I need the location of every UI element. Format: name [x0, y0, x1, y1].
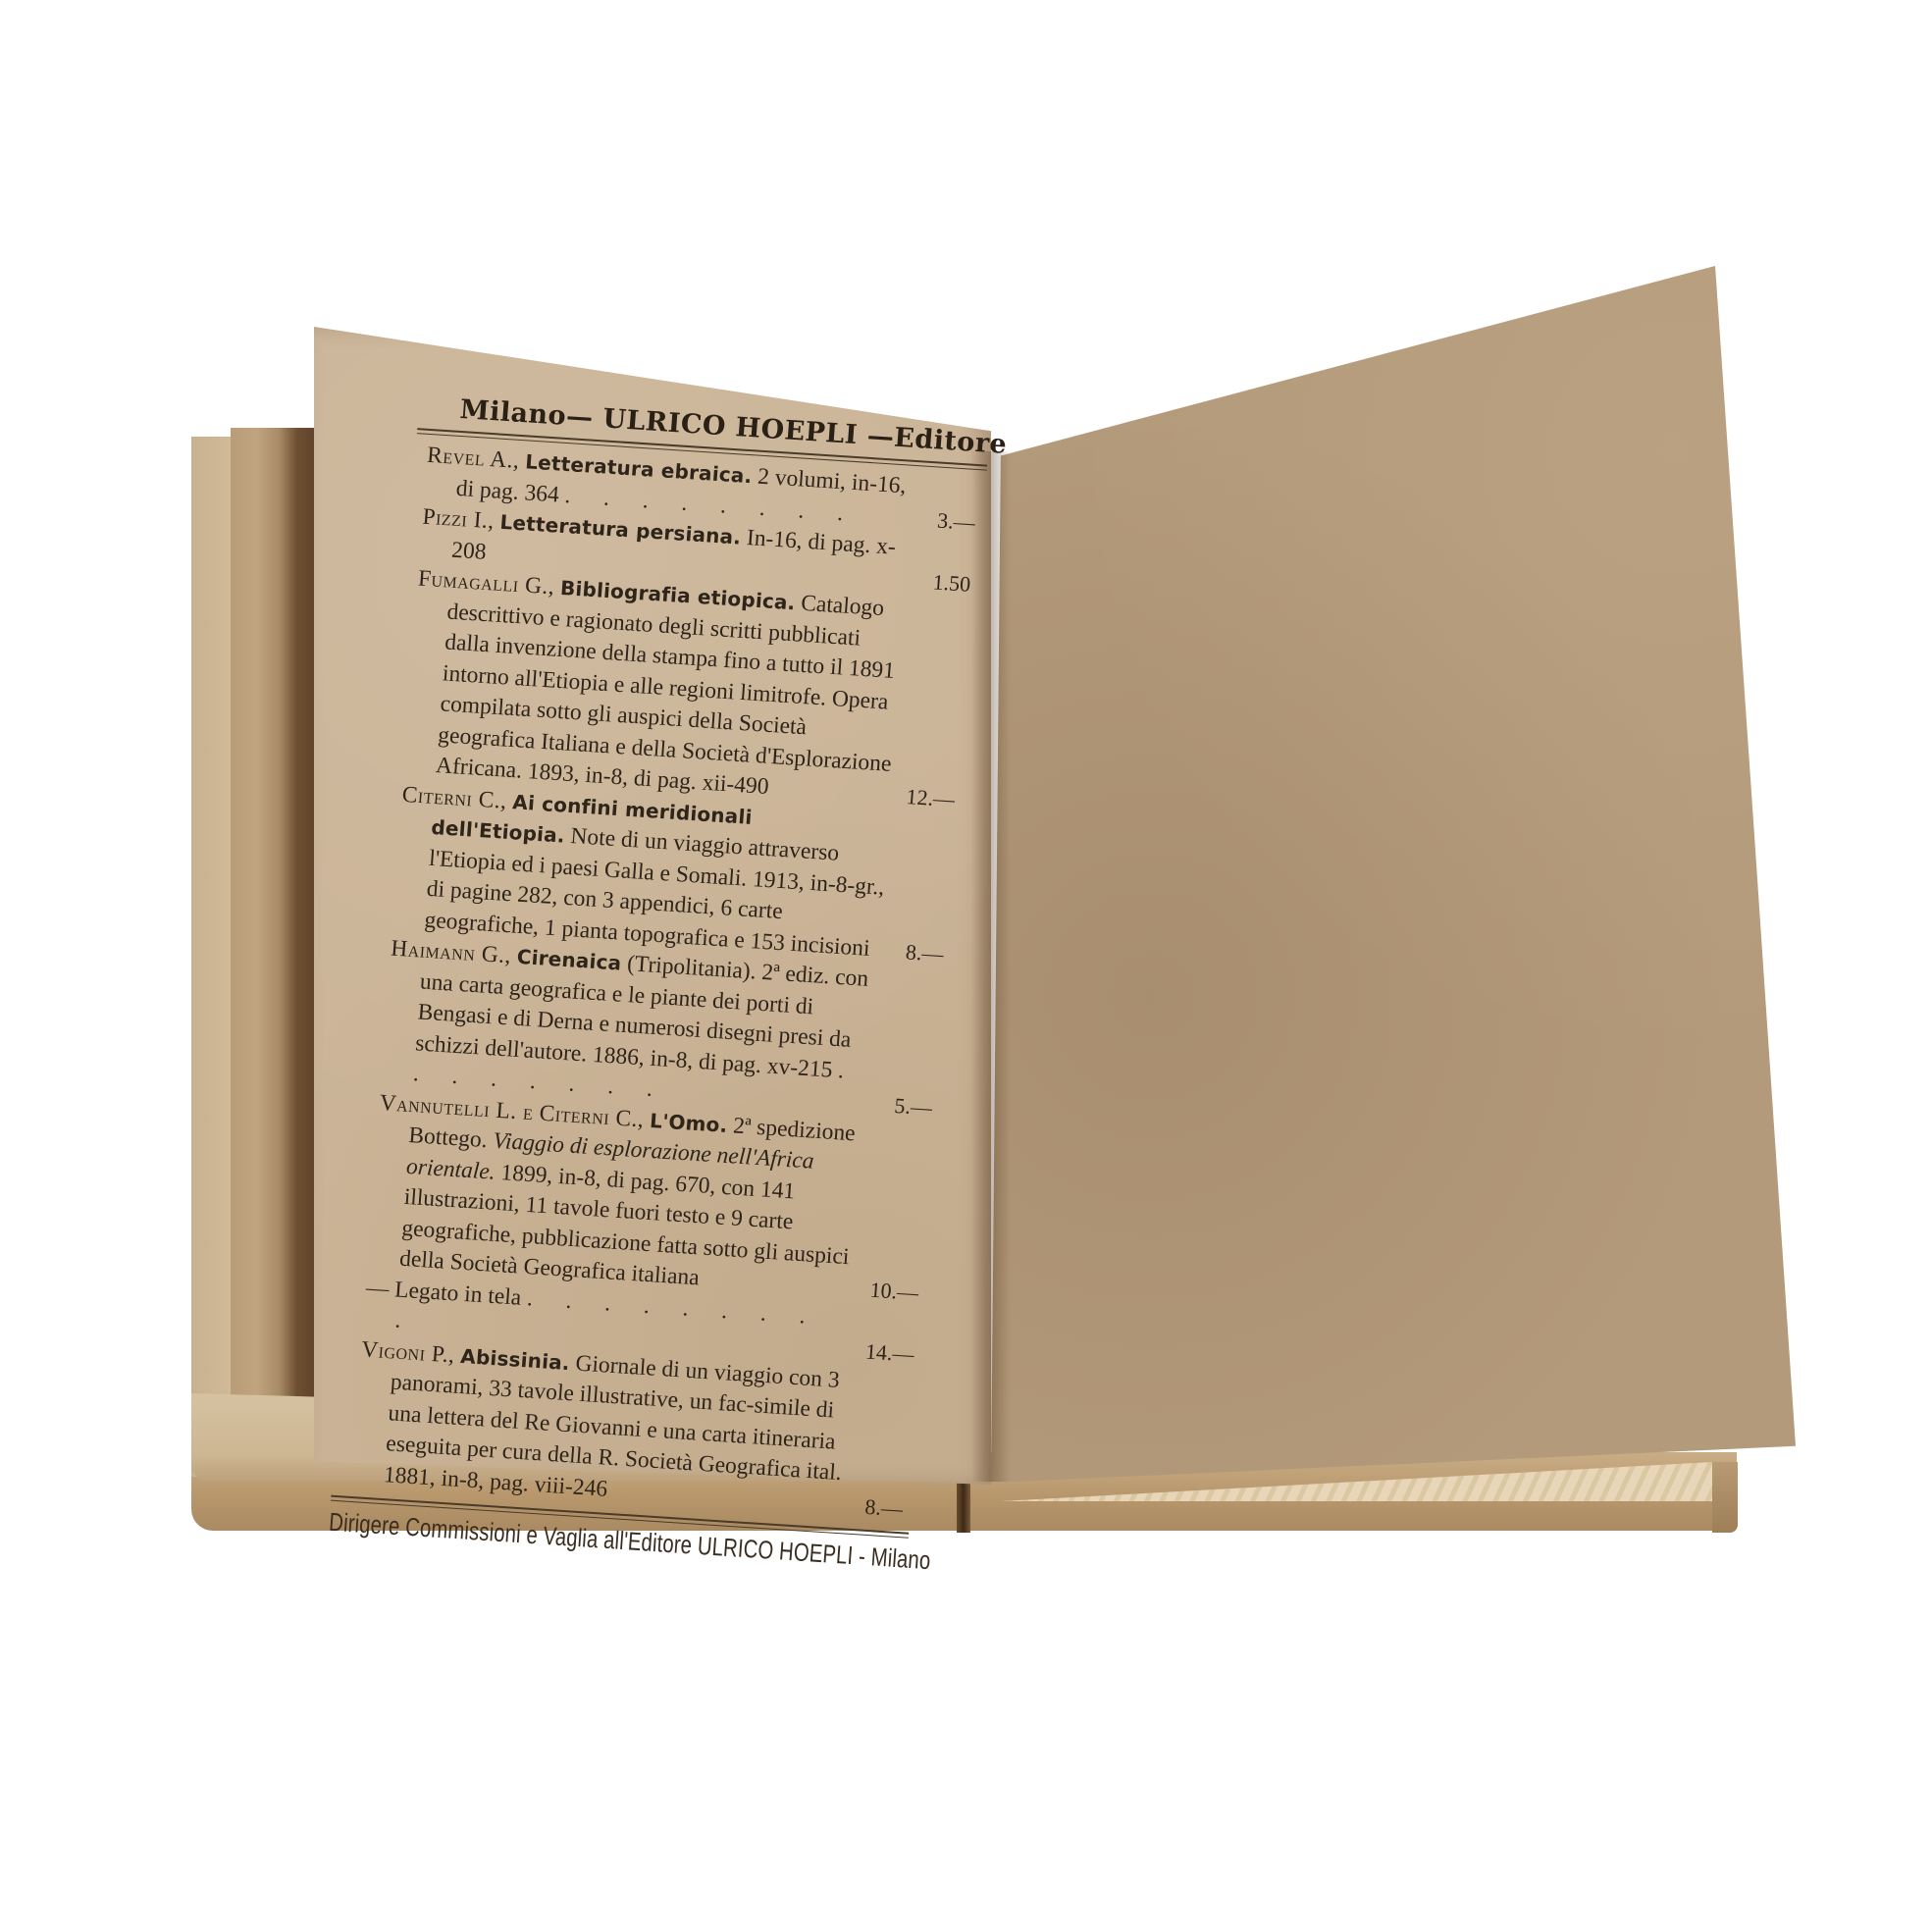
catalogue-entry: Haimann G., Cirenaica (Tripolitania). 2ª…	[381, 934, 880, 1120]
right-page-blank	[991, 266, 1796, 1483]
entry-author: Revel A.,	[426, 443, 520, 474]
catalogue-entry: Citerni C., Ai confini meridionali dell'…	[392, 779, 891, 965]
page-block-left-edge	[191, 437, 233, 1477]
gutter-shadow	[971, 451, 1011, 1482]
entry-price: 14.—	[896, 1338, 915, 1371]
catalogue-entries: Revel A., Letteratura ebraica. 2 volumi,…	[351, 441, 976, 1524]
entry-desc: (Tripolitania). 2ª ediz. con una carta g…	[414, 951, 869, 1082]
page-footer: Dirigere Commissioni e Vaglia all'Editor…	[328, 1507, 773, 1566]
entry-title: L'Omo.	[649, 1108, 728, 1136]
catalogue-entry: Vigoni P., Abissinia. Giornale di un via…	[351, 1334, 851, 1520]
entry-author: Fumagalli G.,	[417, 566, 555, 600]
photo-scene: Milano — ULRICO HOEPLI — Editore Revel A…	[0, 0, 1932, 1932]
printed-catalogue: Milano — ULRICO HOEPLI — Editore Revel A…	[347, 392, 980, 1574]
running-head-left: Milano	[459, 394, 568, 432]
running-head-right: Editore	[893, 423, 1008, 460]
entry-title: Cirenaica	[516, 945, 622, 975]
entry-price: 12.—	[936, 783, 956, 815]
entry-author: Citerni C.,	[401, 781, 508, 813]
entry-author: Vigoni P.,	[360, 1336, 455, 1368]
page-stack	[231, 428, 319, 1460]
entry-desc: Giornale di un viaggio con 3 panorami, 3…	[383, 1350, 842, 1501]
entry-price: 10.—	[901, 1277, 920, 1309]
book-cover-corner	[1712, 1462, 1738, 1533]
entry-title: Abissinia.	[460, 1343, 571, 1374]
catalogue-entry: Vannutelli L. e Citerni C., L'Omo. 2ª sp…	[367, 1088, 868, 1305]
entry-author: Pizzi I.,	[422, 504, 496, 535]
catalogue-entry: Fumagalli G., Bibliografia etiopica. Cat…	[403, 564, 907, 811]
entry-author: Haimann G.,	[390, 936, 511, 969]
entry-desc: Catalogo descrittivo e ragionato degli s…	[435, 591, 896, 800]
